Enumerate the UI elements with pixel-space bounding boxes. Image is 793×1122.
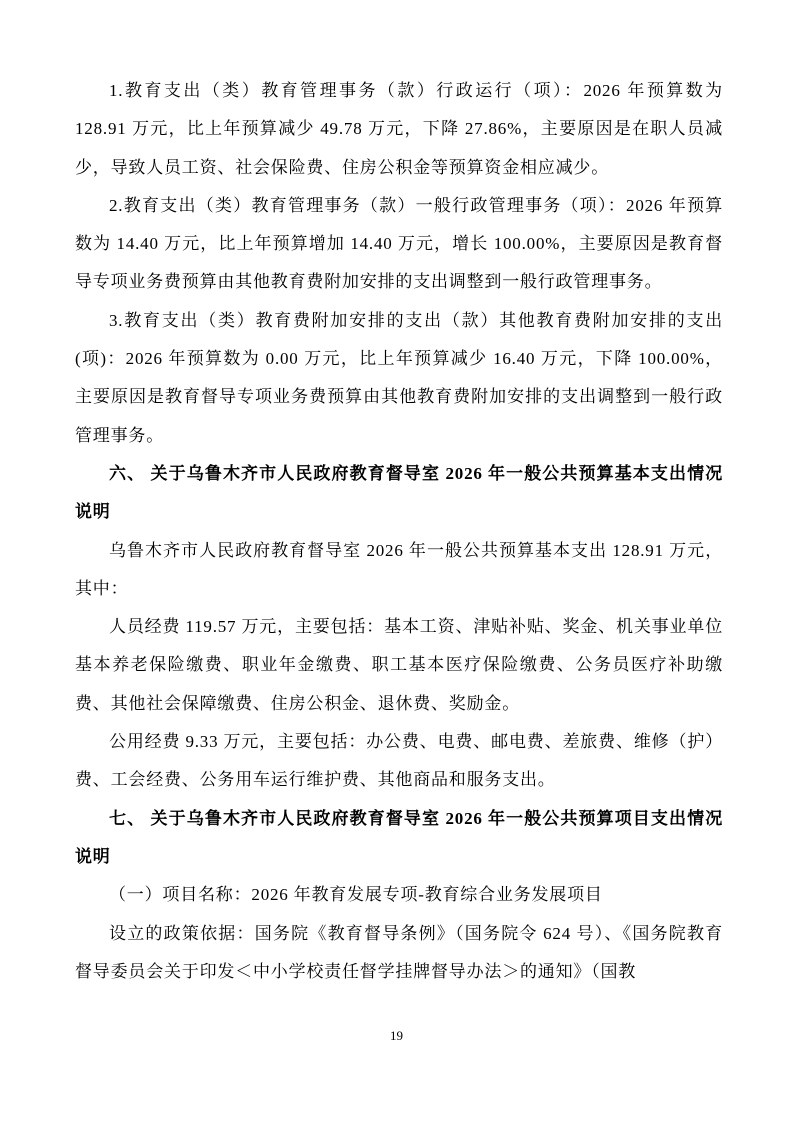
page-number: 19 bbox=[0, 1028, 793, 1044]
paragraph-personnel-expense: 人员经费 119.57 万元，主要包括：基本工资、津贴补贴、奖金、机关事业单位基… bbox=[75, 608, 723, 723]
paragraph-project-name: （一）项目名称：2026 年教育发展专项-教育综合业务发展项目 bbox=[75, 876, 723, 914]
paragraph-budget-item-3: 3.教育支出（类）教育费附加安排的支出（款）其他教育费附加安排的支出(项)：20… bbox=[75, 302, 723, 455]
section-heading-7: 七、 关于乌鲁木齐市人民政府教育督导室 2026 年一般公共预算项目支出情况说明 bbox=[75, 800, 723, 877]
document-body: 1.教育支出（类）教育管理事务（款）行政运行（项）：2026 年预算数为 128… bbox=[75, 72, 723, 991]
paragraph-policy-basis: 设立的政策依据：国务院《教育督导条例》（国务院令 624 号）、《国务院教育督导… bbox=[75, 915, 723, 992]
paragraph-budget-item-1: 1.教育支出（类）教育管理事务（款）行政运行（项）：2026 年预算数为 128… bbox=[75, 72, 723, 187]
paragraph-budget-item-2: 2.教育支出（类）教育管理事务（款）一般行政管理事务（项）：2026 年预算数为… bbox=[75, 187, 723, 302]
paragraph-public-expense: 公用经费 9.33 万元，主要包括：办公费、电费、邮电费、差旅费、维修（护）费、… bbox=[75, 723, 723, 800]
document-page: 1.教育支出（类）教育管理事务（款）行政运行（项）：2026 年预算数为 128… bbox=[0, 0, 793, 1122]
section-heading-6: 六、 关于乌鲁木齐市人民政府教育督导室 2026 年一般公共预算基本支出情况说明 bbox=[75, 455, 723, 532]
paragraph-basic-expense-total: 乌鲁木齐市人民政府教育督导室 2026 年一般公共预算基本支出 128.91 万… bbox=[75, 532, 723, 609]
